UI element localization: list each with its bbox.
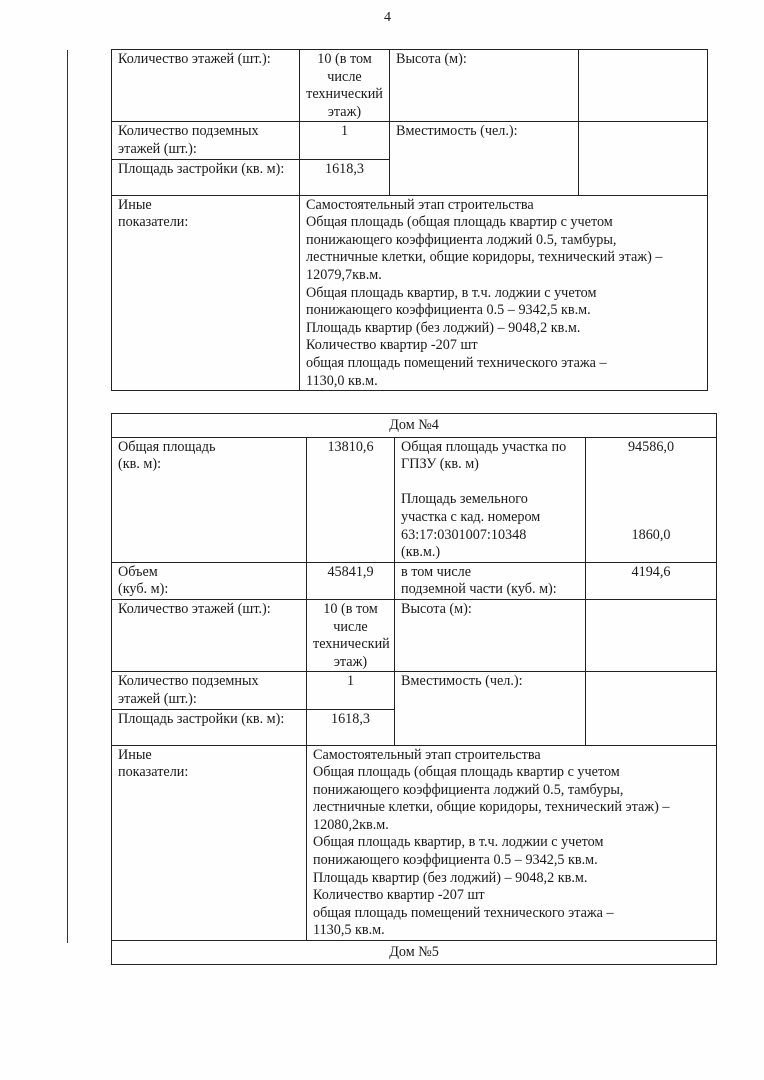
height-value [586, 599, 717, 671]
table-row: Количество этажей (шт.): 10 (в том числе… [112, 599, 717, 671]
house4-title: Дом №4 [112, 414, 717, 438]
table-row: Дом №4 [112, 414, 717, 438]
capacity-label: Вместимость (чел.): [395, 672, 586, 745]
table-row: Количество этажей (шт.): 10 (в том числе… [112, 50, 708, 122]
other-indicators-label: Иные показатели: [112, 195, 300, 391]
footprint-value: 1618,3 [307, 709, 395, 745]
other-indicators-value: Самостоятельный этап строительства Общая… [307, 745, 717, 941]
underground-volume-value: 4194,6 [586, 562, 717, 599]
other-indicators-value: Самостоятельный этап строительства Общая… [300, 195, 708, 391]
footprint-label: Площадь застройки (кв. м): [112, 159, 300, 195]
capacity-value [579, 122, 708, 195]
margin-line [67, 50, 68, 943]
capacity-value [586, 672, 717, 745]
floors-label: Количество этажей (шт.): [112, 599, 307, 671]
height-label: Высота (м): [390, 50, 579, 122]
land-plot-value: 1860,0 [592, 527, 710, 545]
table-row: Иные показатели: Самостоятельный этап ст… [112, 195, 708, 391]
building-specs-table-top: Количество этажей (шт.): 10 (в том числе… [111, 49, 708, 391]
house4-table: Дом №4 Общая площадь (кв. м): 13810,6 Об… [111, 413, 717, 965]
height-value [579, 50, 708, 122]
floors-value: 10 (в том числе технический этаж) [300, 50, 390, 122]
floors-value: 10 (в том числе технический этаж) [307, 599, 395, 671]
page-number: 4 [384, 10, 391, 26]
footprint-value: 1618,3 [300, 159, 390, 195]
underground-floors-value: 1 [300, 122, 390, 159]
total-area-label: Общая площадь (кв. м): [112, 437, 307, 562]
table-row: Количество подземных этажей (шт.): 1 Вме… [112, 122, 708, 159]
table-row: Общая площадь (кв. м): 13810,6 Общая пло… [112, 437, 717, 562]
volume-value: 45841,9 [307, 562, 395, 599]
house5-title: Дом №5 [112, 941, 717, 965]
plot-area-label: Общая площадь участка по ГПЗУ (кв. м) Пл… [395, 437, 586, 562]
plot-area-value: 94586,0 1860,0 [586, 437, 717, 562]
total-area-value: 13810,6 [307, 437, 395, 562]
capacity-label: Вместимость (чел.): [390, 122, 579, 195]
table-row: Дом №5 [112, 941, 717, 965]
table-row: Количество подземных этажей (шт.): 1 Вме… [112, 672, 717, 709]
underground-floors-value: 1 [307, 672, 395, 709]
volume-label: Объем (куб. м): [112, 562, 307, 599]
height-label: Высота (м): [395, 599, 586, 671]
underground-floors-label: Количество подземных этажей (шт.): [112, 672, 307, 709]
underground-floors-label: Количество подземных этажей (шт.): [112, 122, 300, 159]
floors-label: Количество этажей (шт.): [112, 50, 300, 122]
footprint-label: Площадь застройки (кв. м): [112, 709, 307, 745]
underground-volume-label: в том числе подземной части (куб. м): [395, 562, 586, 599]
table-row: Иные показатели: Самостоятельный этап ст… [112, 745, 717, 941]
other-indicators-label: Иные показатели: [112, 745, 307, 941]
table-row: Объем (куб. м): 45841,9 в том числе подз… [112, 562, 717, 599]
